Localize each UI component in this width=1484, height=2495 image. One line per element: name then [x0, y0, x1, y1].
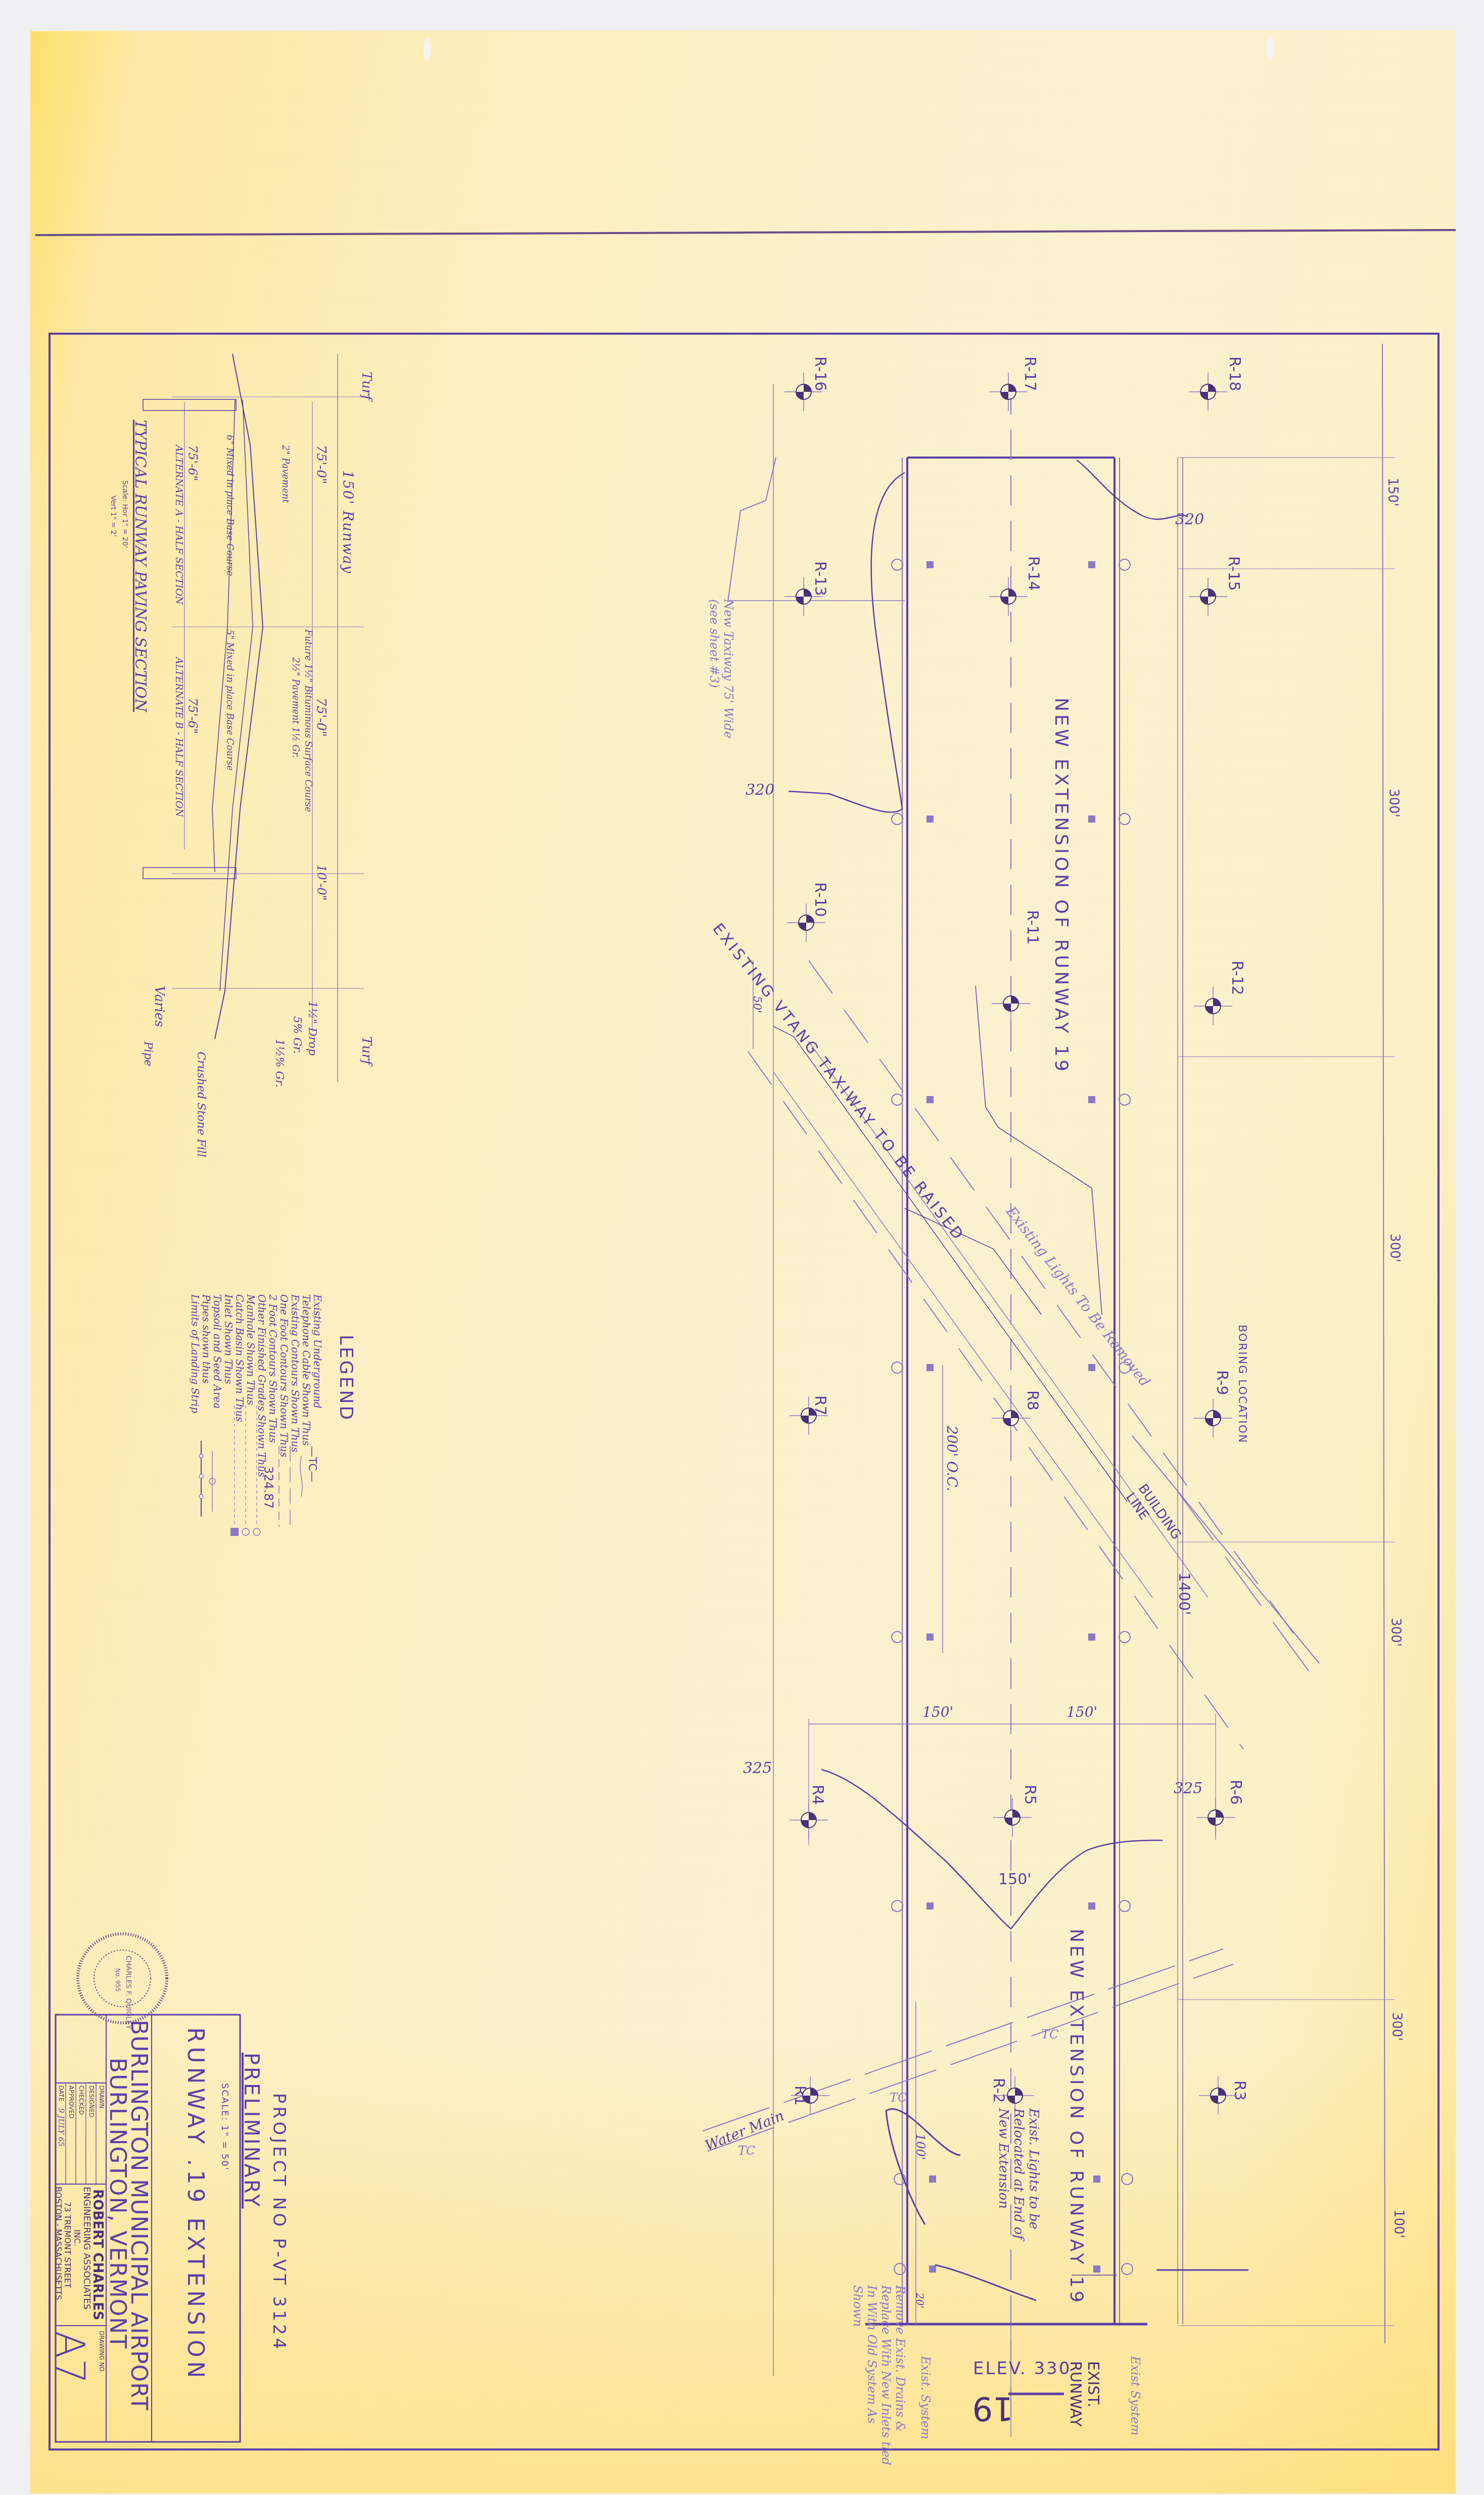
- date-value: 9 JULY 65: [57, 2108, 66, 2147]
- airport-location: BURLINGTON, VERMONT: [105, 2058, 130, 2349]
- firm-subtitle: ENGINEERING ASSOCIATES: [81, 2187, 92, 2309]
- preliminary-stamp: PRELIMINARY: [240, 2053, 263, 2209]
- seal-name: CHARLES F. QUIGLEY: [124, 1956, 132, 2029]
- firm-name: ROBERT CHARLES: [90, 2189, 105, 2320]
- seal-number: No. 955: [114, 1968, 121, 1992]
- firm-inc: INC.: [72, 2230, 82, 2246]
- title-field-label: APPROVED: [68, 2085, 75, 2118]
- firm-city: BOSTON - MASSACHUSETTS: [54, 2187, 63, 2300]
- title-field-label: DESIGNED: [88, 2085, 95, 2117]
- title-field-label: CHECKED: [78, 2085, 85, 2115]
- title-field-label: DRAWN: [98, 2085, 105, 2109]
- drawing-number: A7: [47, 2331, 94, 2384]
- firm-street: 73 TREMONT STREET: [63, 2202, 72, 2288]
- drawing-title: RUNWAY .19 EXTENSION: [182, 2027, 208, 2382]
- project-number: PROJECT NO P-VT 3124: [269, 2093, 289, 2352]
- drawing-scale: SCALE: 1" = 50': [219, 2083, 230, 2171]
- drawing-number-label: DRAWING NO.: [98, 2331, 105, 2373]
- title-field-label: DATE: [58, 2085, 65, 2101]
